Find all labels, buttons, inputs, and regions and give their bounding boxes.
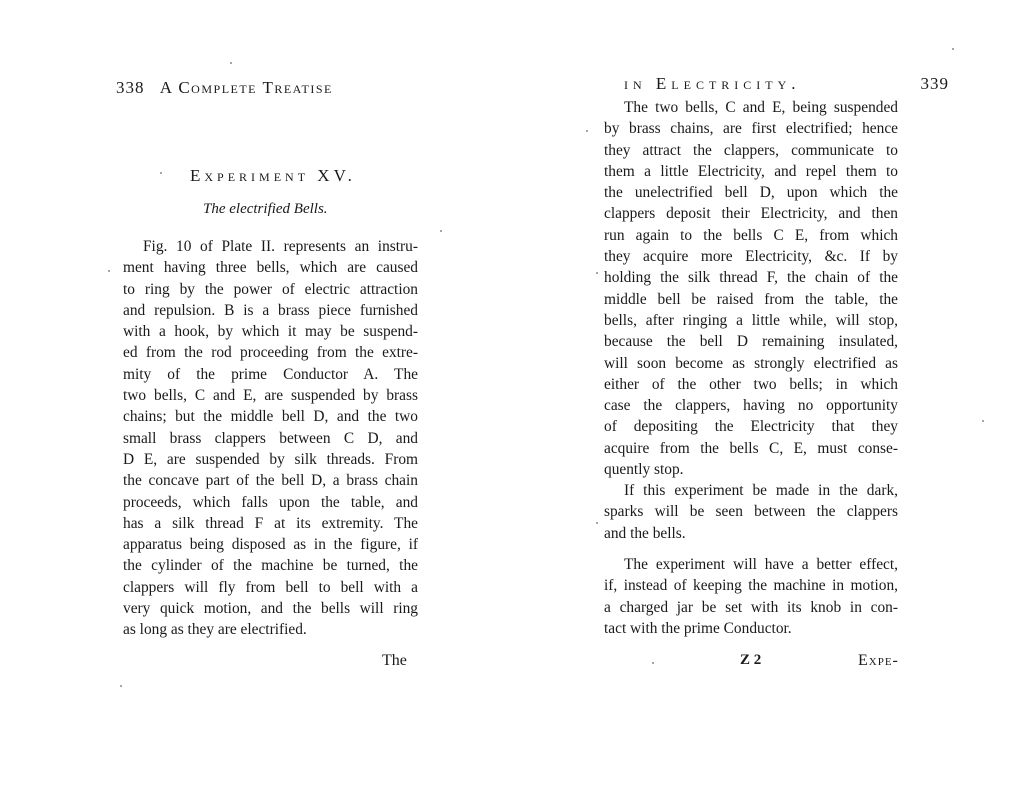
- text-line: has a silk thread F at its extremity. Th…: [123, 513, 418, 534]
- text-line: holding the silk thread F, the chain of …: [604, 267, 898, 288]
- text-line: by brass chains, are first electrified; …: [604, 118, 898, 139]
- text-line: bells, after ringing a little while, wil…: [604, 310, 898, 331]
- text-line: them a little Electricity, and repel the…: [604, 161, 898, 182]
- text-line: middle bell be raised from the table, th…: [604, 289, 898, 310]
- text-line: the concave part of the bell D, a brass …: [123, 470, 418, 491]
- text-line: quently stop.: [604, 459, 898, 480]
- text-line: sparks will be seen between the clappers: [604, 501, 898, 522]
- experiment-heading: Experiment XV.: [190, 166, 356, 186]
- text-line: the cylinder of the machine be turned, t…: [123, 555, 418, 576]
- page-number: 338: [116, 78, 145, 97]
- running-head-right: in Electricity. 339: [624, 74, 949, 94]
- text-line: clappers will fly from bell to bell with…: [123, 577, 418, 598]
- text-line: a charged jar be set with its knob in co…: [604, 597, 898, 618]
- text-line: apparatus being disposed as in the figur…: [123, 534, 418, 555]
- text-line: if, instead of keeping the machine in mo…: [604, 575, 898, 596]
- text-line: clappers deposit their Electricity, and …: [604, 203, 898, 224]
- paper-speck: [160, 172, 162, 174]
- text-line: mity of the prime Conductor A. The: [123, 364, 418, 385]
- paper-speck: [120, 685, 122, 687]
- text-line: they attract the clappers, communicate t…: [604, 140, 898, 161]
- text-line: case the clappers, having no opportunity: [604, 395, 898, 416]
- text-line: with a hook, by which it may be suspend-: [123, 321, 418, 342]
- text-line: to ring by the power of electric attract…: [123, 279, 418, 300]
- text-line: of depositing the Electricity that they: [604, 416, 898, 437]
- body-paragraph: The two bells, C and E, being suspended …: [604, 97, 898, 480]
- right-page: in Electricity. 339 The two bells, C and…: [512, 0, 1024, 791]
- text-line: they acquire more Electricity, &c. If by: [604, 246, 898, 267]
- body-paragraph: If this experiment be made in the dark, …: [604, 480, 898, 544]
- left-page: 338 A Complete Treatise Experiment XV. T…: [0, 0, 512, 791]
- text-line: and repulsion. B is a brass piece furnis…: [123, 300, 418, 321]
- catchword: The: [382, 652, 407, 670]
- text-line: small brass clappers between C D, and: [123, 428, 418, 449]
- text-line: ment having three bells, which are cause…: [123, 257, 418, 278]
- text-line: chains; but the middle bell D, and the t…: [123, 406, 418, 427]
- text-line: proceeds, which falls upon the table, an…: [123, 492, 418, 513]
- paper-speck: [982, 420, 984, 422]
- body-paragraph: The experiment will have a better effect…: [604, 554, 898, 639]
- text-line: The experiment will have a better effect…: [604, 554, 898, 575]
- paper-speck: [596, 522, 598, 524]
- paper-speck: [440, 230, 442, 232]
- text-line: The two bells, C and E, being suspended: [604, 97, 898, 118]
- text-line: will soon become as strongly electrified…: [604, 353, 898, 374]
- text-line: as long as they are electrified.: [123, 619, 418, 640]
- running-head-title: A Complete Treatise: [160, 78, 333, 97]
- paper-speck: [952, 48, 954, 50]
- page-number: 339: [921, 74, 950, 94]
- text-line: D E, are suspended by silk threads. From: [123, 449, 418, 470]
- signature-mark: Z 2: [740, 652, 761, 669]
- running-head-title: in Electricity.: [624, 74, 801, 93]
- running-head-left: 338 A Complete Treatise: [116, 78, 333, 98]
- paper-speck: [586, 130, 588, 132]
- experiment-subheading: The electrified Bells.: [203, 201, 328, 218]
- text-line: very quick motion, and the bells will ri…: [123, 598, 418, 619]
- paper-speck: [596, 272, 598, 274]
- text-line: Fig. 10 of Plate II. represents an instr…: [123, 236, 418, 257]
- text-line: and the bells.: [604, 523, 898, 544]
- text-line: If this experiment be made in the dark,: [604, 480, 898, 501]
- paper-speck: [108, 270, 110, 272]
- text-line: acquire from the bells C, E, must conse-: [604, 438, 898, 459]
- text-line: ed from the rod proceeding from the extr…: [123, 342, 418, 363]
- catchword: Expe-: [858, 652, 899, 670]
- text-line: either of the other two bells; in which: [604, 374, 898, 395]
- text-line: run again to the bells C E, from which: [604, 225, 898, 246]
- paper-speck: [652, 662, 654, 664]
- text-line: because the bell D remaining insulated,: [604, 331, 898, 352]
- text-line: tact with the prime Conductor.: [604, 618, 898, 639]
- text-line: the unelectrified bell D, upon which the: [604, 182, 898, 203]
- body-paragraph: Fig. 10 of Plate II. represents an instr…: [123, 236, 418, 641]
- paper-speck: [230, 62, 232, 64]
- text-line: two bells, C and E, are suspended by bra…: [123, 385, 418, 406]
